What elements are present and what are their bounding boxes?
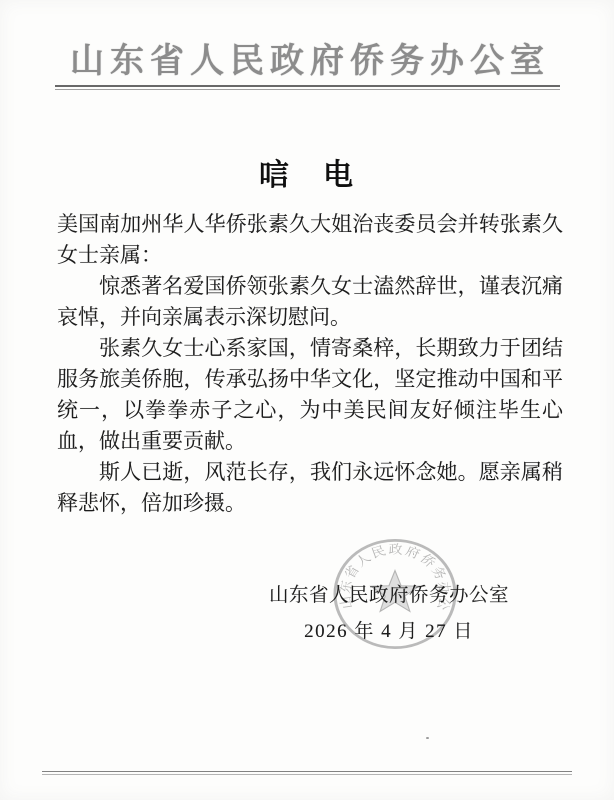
signature-org-name: 山东省人民政府侨务办公室: [269, 579, 509, 607]
body-paragraph-2: 张素久女士心系家国，情寄桑梓，长期致力于团结服务旅美侨胞，传承弘扬中华文化，坚定…: [57, 333, 563, 457]
scanned-letter-page: 山东省人民政府侨务办公室 唁 电 美国南加州华人华侨张素久大姐治丧委员会并转张素…: [0, 0, 614, 800]
addressee-line: 美国南加州华人华侨张素久大姐治丧委员会并转张素久女士亲属：: [57, 209, 563, 271]
footer-rule: [42, 771, 572, 775]
signature-block: 山东省人民政府侨务办公室 2026 年 4 月 27 日: [269, 579, 509, 643]
body-paragraph-1: 惊悉著名爱国侨领张素久女士溘然辞世，谨表沉痛哀悼，并向亲属表示深切慰问。: [57, 271, 563, 333]
body-paragraph-3: 斯人已逝，风范长存，我们永远怀念她。愿亲属稍释悲怀，倍加珍摄。: [57, 457, 563, 519]
document-title: 唁 电: [0, 150, 614, 194]
scan-artifact-dot: [426, 737, 429, 739]
letterhead-org-name: 山东省人民政府侨务办公室: [0, 33, 614, 82]
signature-date: 2026 年 4 月 27 日: [269, 616, 509, 643]
letterhead-divider-rule: [55, 85, 560, 90]
letter-body: 美国南加州华人华侨张素久大姐治丧委员会并转张素久女士亲属： 惊悉著名爱国侨领张素…: [57, 209, 563, 519]
